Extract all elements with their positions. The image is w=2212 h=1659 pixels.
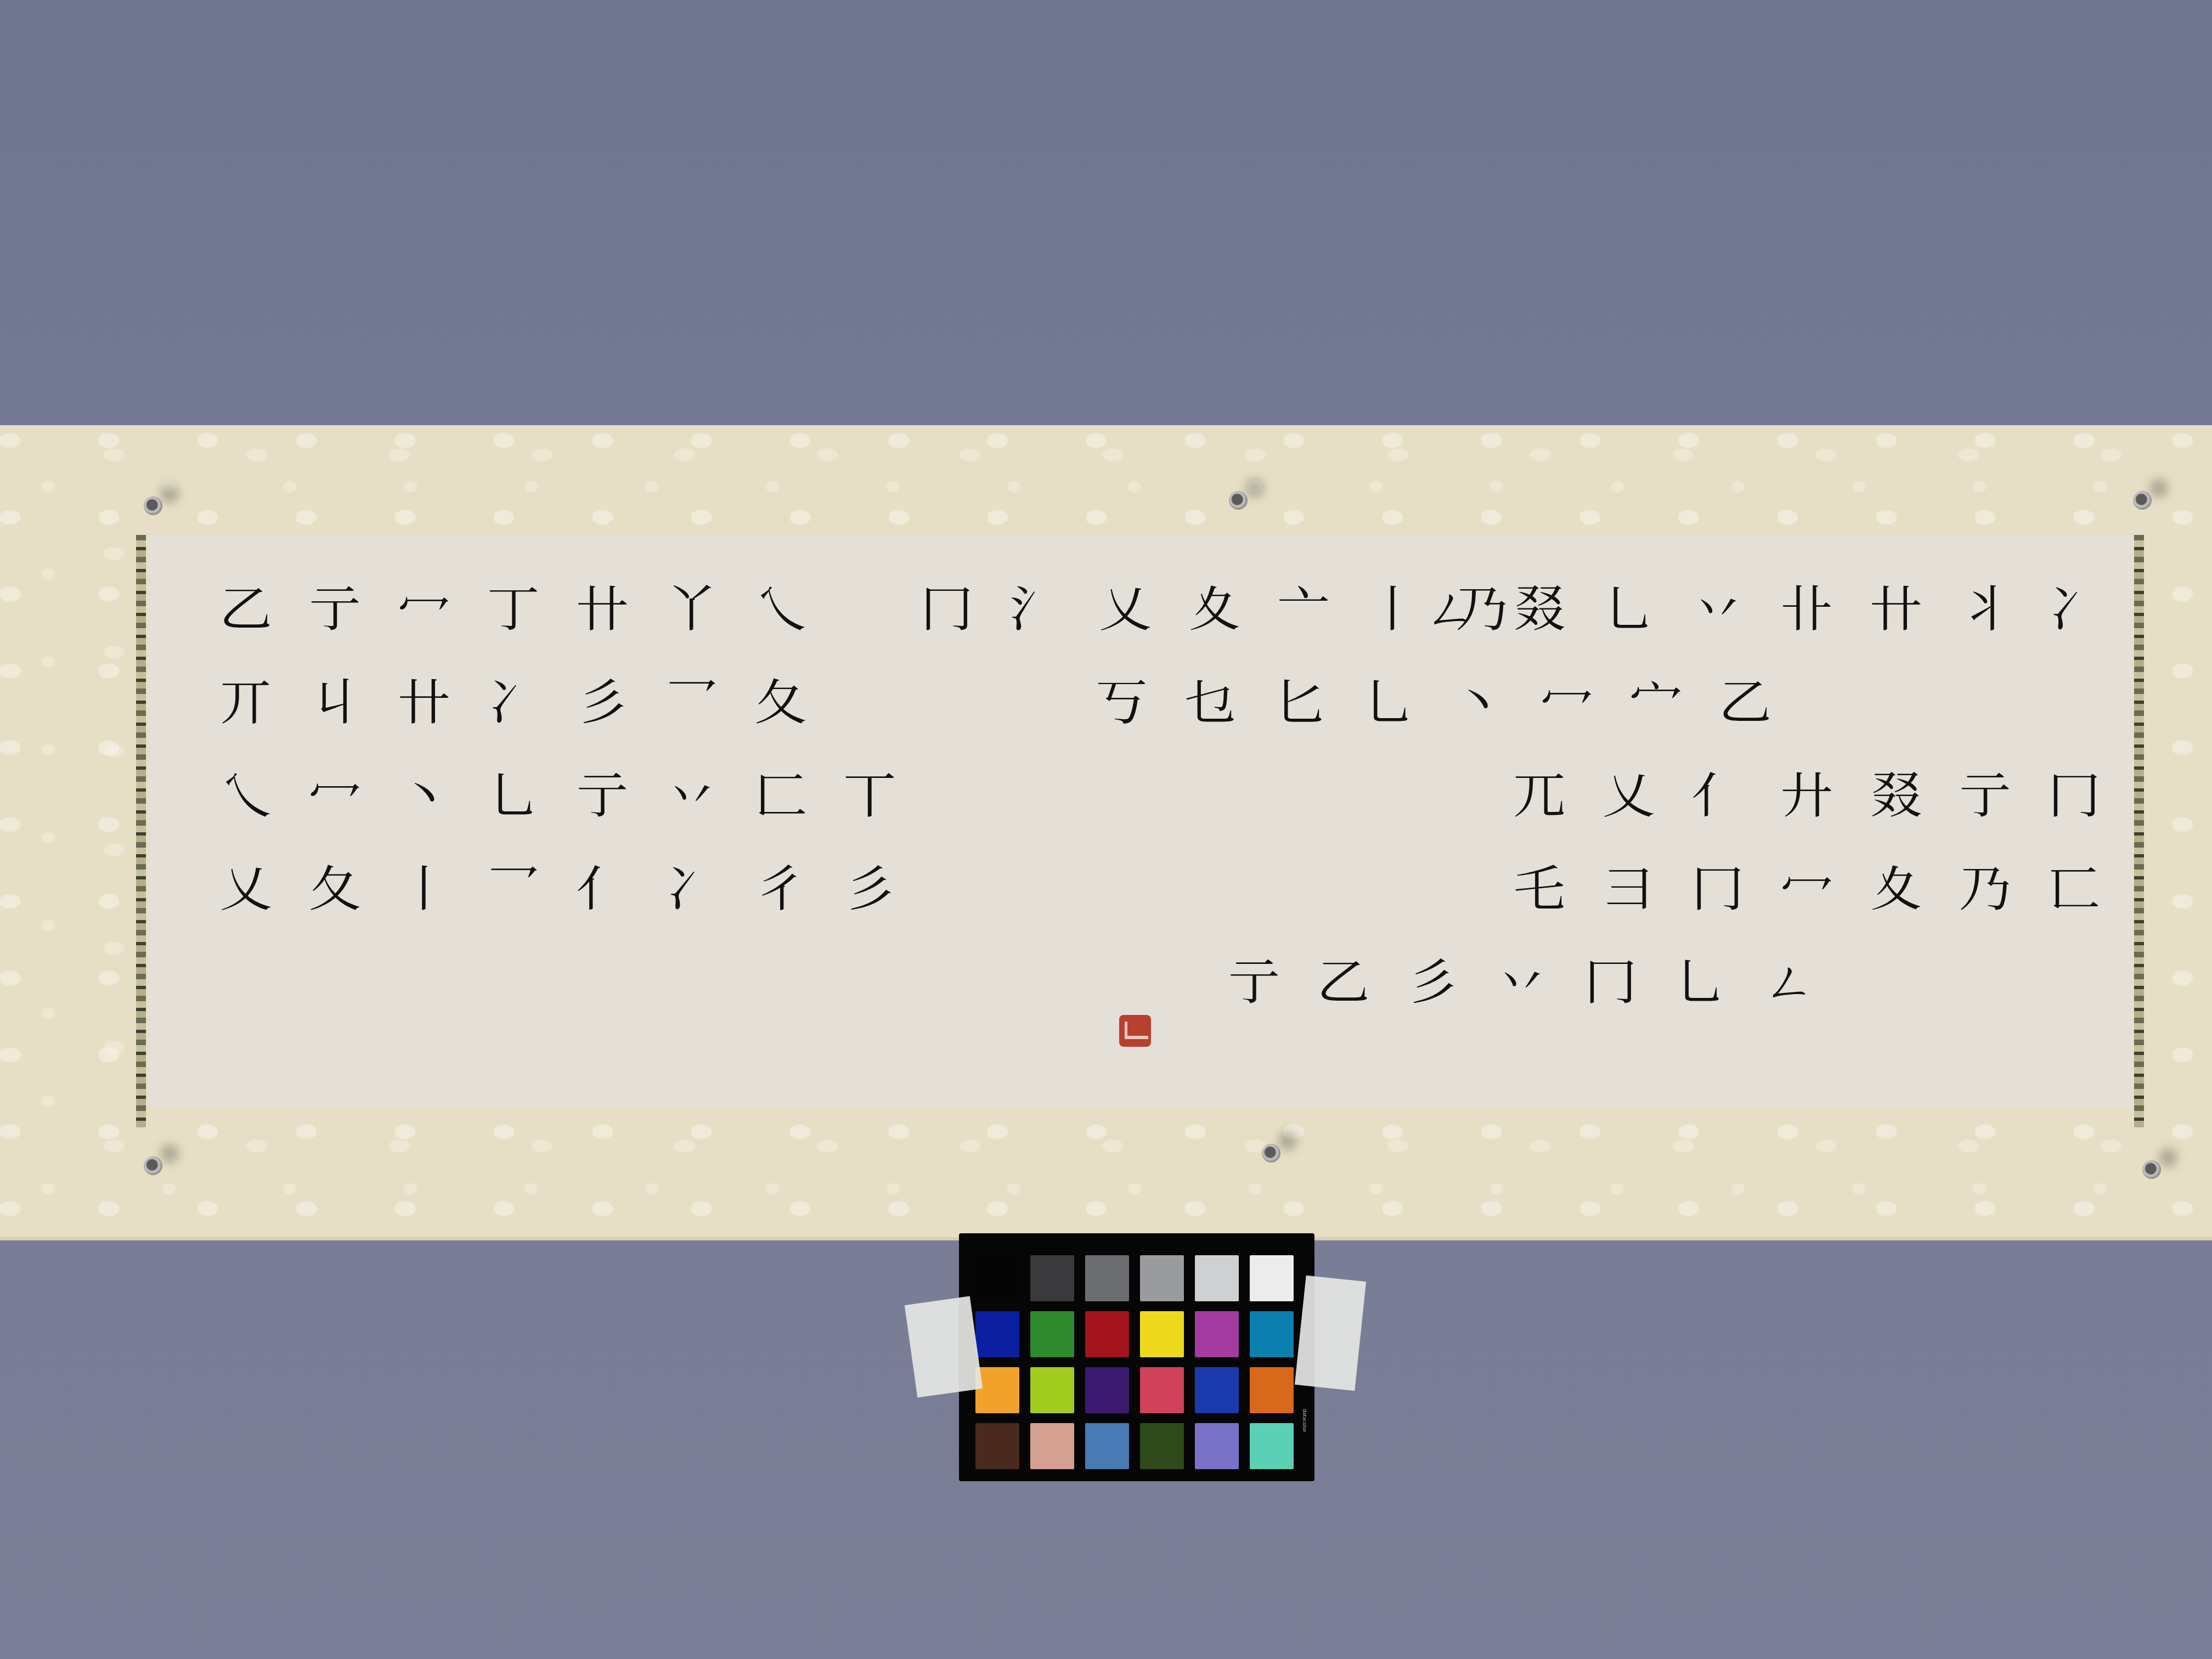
pin <box>144 496 162 515</box>
patch <box>1250 1423 1294 1469</box>
pin <box>144 1156 162 1175</box>
color-patch-grid <box>975 1255 1294 1469</box>
masking-tape-left <box>905 1296 983 1397</box>
text-line-9: 乂 夂 丨 乛 亻 冫 彳 彡 <box>219 850 906 919</box>
text-line-5: 丌 丩 卄 冫 彡 乛 夂 <box>219 664 817 733</box>
checker-brand-label: datacolor <box>1301 1409 1307 1432</box>
patch <box>975 1423 1019 1469</box>
patch <box>975 1367 1019 1413</box>
patch <box>1195 1367 1239 1413</box>
patch <box>975 1311 1019 1357</box>
patch <box>1140 1423 1184 1469</box>
brocade-border-right <box>2134 535 2144 1127</box>
text-line-6: 兀 乂 亻 廾 叕 亍 冂 <box>1513 757 2111 826</box>
patch <box>1140 1255 1184 1301</box>
patch <box>1250 1255 1294 1301</box>
patch <box>1250 1367 1294 1413</box>
text-line-4: 丂 乜 匕 乚 丶 冖 宀 乙 <box>1094 664 1781 733</box>
patch <box>1030 1311 1074 1357</box>
text-line-2: 冂 氵 乂 夊 亠 丨 乃 <box>921 571 1518 640</box>
patch <box>1085 1367 1129 1413</box>
pin <box>1229 491 1248 510</box>
calligraphy-scroll: ㄥ 叕 乚 丷 卝 卄 丬 冫 冂 氵 乂 夊 亠 丨 乃 乙 亍 冖 丁 卄 … <box>0 425 2212 1240</box>
text-line-8: 乇 彐 冂 冖 夊 乃 匸 <box>1513 850 2111 919</box>
patch <box>1085 1311 1129 1357</box>
patch <box>1195 1423 1239 1469</box>
patch <box>1085 1255 1129 1301</box>
patch <box>1250 1311 1294 1357</box>
color-checker-card: datacolor <box>959 1233 1314 1481</box>
brocade-border-left <box>136 535 146 1127</box>
patch <box>1030 1367 1074 1413</box>
patch <box>1085 1423 1129 1469</box>
text-line-10: 亍 乙 彡 丷 冂 乚 ㄥ <box>1228 944 1825 1013</box>
text-line-7: 乀 冖 丶 乚 亍 丷 匚 丅 <box>219 757 906 826</box>
patch <box>975 1255 1019 1301</box>
pin <box>2142 1160 2161 1179</box>
pin <box>2133 491 2152 510</box>
masking-tape-right <box>1295 1276 1366 1391</box>
patch <box>1195 1255 1239 1301</box>
patch <box>1140 1311 1184 1357</box>
text-line-1: ㄥ 叕 乚 丷 卝 卄 丬 冫 <box>1424 571 2111 640</box>
pin <box>1262 1144 1280 1163</box>
patch <box>1030 1255 1074 1301</box>
red-seal-stamp <box>1119 1015 1151 1047</box>
patch <box>1140 1367 1184 1413</box>
patch <box>1195 1311 1239 1357</box>
text-line-3: 乙 亍 冖 丁 卄 丫 乀 <box>219 571 817 640</box>
patch <box>1030 1423 1074 1469</box>
